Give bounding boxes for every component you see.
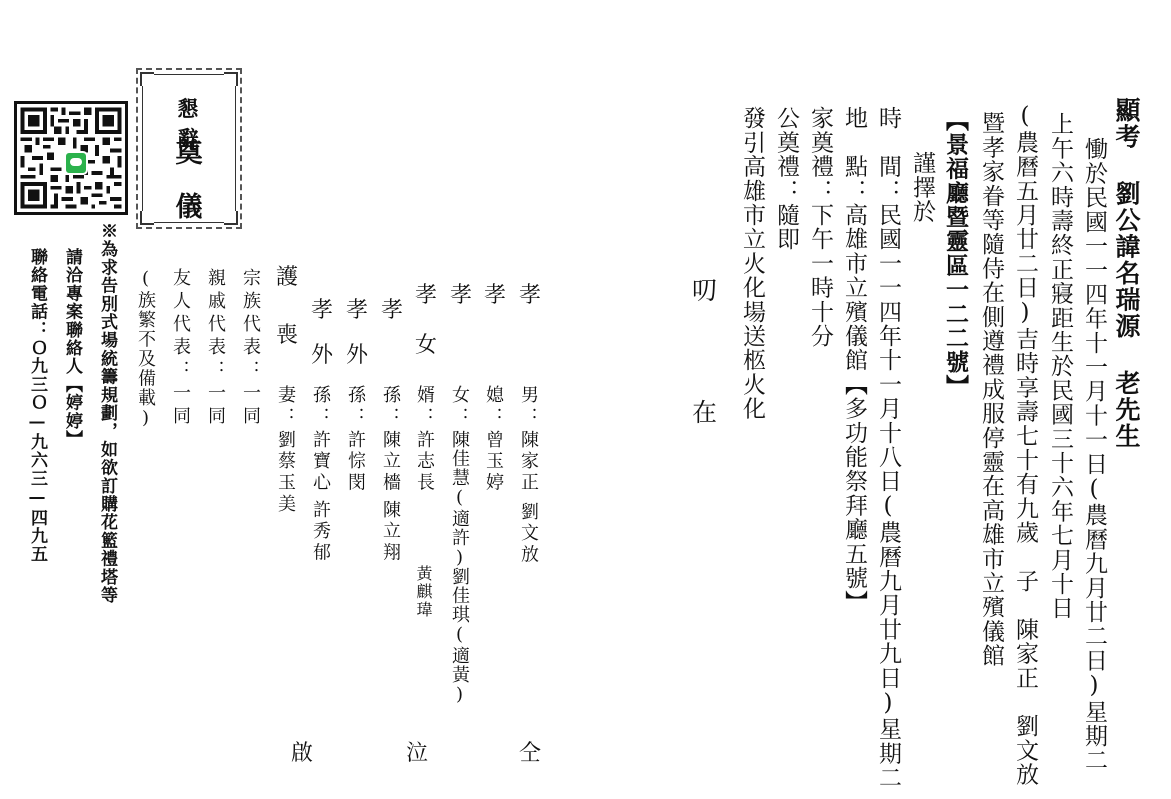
family-role-mid: 女 (415, 335, 437, 357)
family-name: 陳佳慧(適許) (450, 430, 468, 569)
corner-ornament (224, 72, 238, 86)
family-relation: 女 (450, 385, 468, 406)
closing-char-bottom: 在 (692, 400, 717, 425)
family-relation: 妻 (276, 385, 294, 406)
family-colon: ： (484, 407, 502, 428)
family-rite-line: 家奠禮：下午一時十分 (808, 106, 831, 348)
friends-representative: 友人代表：一同 (171, 268, 189, 429)
family-name: 曾玉婷 (484, 430, 502, 494)
contact-person-line: 請洽專案聯絡人【婷婷】 (63, 248, 80, 448)
contact-phone-line: 聯絡電話：Ｏ九三Ｏ—九六三—四九五 (28, 248, 45, 563)
family-relation: 孫 (346, 385, 364, 406)
family-name: 陳立檣 (381, 430, 399, 494)
family-role-top: 孝 (346, 300, 368, 322)
family-name: 許秀郁 (311, 500, 329, 564)
decline-gifts-card: 懇 辭 奠 儀 (136, 68, 242, 229)
ceremony-place-line: 地 點：高雄市立殯儀館【多功能祭拜廳五號】 (842, 106, 865, 614)
family-relation: 媳 (484, 385, 502, 406)
card-char-dian: 奠 (143, 131, 235, 170)
family-colon: ： (276, 407, 294, 428)
family-vigil-line: 暨孝家眷等隨侍在側遵禮成服停靈在高雄市立殯儀館 (979, 111, 1002, 668)
signature-tong: 仝 (519, 743, 541, 765)
line-qr-code[interactable] (14, 101, 128, 215)
not-fully-listed-note: (族繁不及備載) (136, 268, 154, 430)
family-colon: ： (450, 407, 468, 428)
public-rite-line: 公奠禮：隨即 (774, 106, 797, 251)
signature-qi: 泣 (406, 743, 428, 765)
family-name: 劉蔡玉美 (276, 430, 294, 516)
signature-qi-announce: 啟 (291, 743, 313, 765)
family-role-mid: 外 (311, 345, 333, 367)
floral-arrangement-notice: ※為求告別式場統籌規劃，如欲訂購花籃禮塔等 (98, 222, 115, 604)
family-role-mid: 外 (346, 345, 368, 367)
deceased-title: 顯考 劉公諱名瑞源 老先生 (1114, 97, 1139, 450)
ceremony-time-line: 時 間：民國一一四年十一月十八日(農曆九月廿九日)星期二 (876, 106, 899, 790)
family-name: 許悰閔 (346, 430, 364, 494)
birth-lunar-line: (農曆五月廿二日)吉時享壽七十有九歲 子 陳家正 劉文放 (1013, 103, 1036, 787)
card-char-yi: 儀 (143, 185, 235, 224)
family-colon: ： (346, 407, 364, 428)
family-name: 陳立翔 (381, 500, 399, 564)
family-relation: 孫 (381, 385, 399, 406)
family-role-top: 孝 (381, 300, 403, 322)
hall-location-line: 【景福廳暨靈區一二二號】 (944, 108, 967, 398)
family-name: 黃麒瑋 (415, 565, 431, 619)
family-name: 劉文放 (519, 502, 537, 566)
family-relation: 男 (519, 385, 537, 406)
family-colon: ： (519, 407, 537, 428)
family-role-mid: 喪 (276, 325, 298, 347)
family-colon: ： (381, 407, 399, 428)
family-role-top: 孝 (415, 285, 437, 307)
selected-on-line: 謹擇於 (910, 151, 933, 224)
family-role-top: 護 (276, 267, 298, 289)
family-colon: ： (311, 407, 329, 428)
corner-ornament (140, 72, 154, 86)
family-role-top: 孝 (519, 285, 541, 307)
clan-representative: 宗族代表：一同 (241, 268, 259, 429)
passing-time-line: 上午六時壽終正寢距生於民國三十六年七月十日 (1048, 112, 1071, 620)
closing-char-top: 叨 (692, 278, 717, 303)
family-name: 許寶心 (311, 430, 329, 494)
passing-date-line: 慟於民國一一四年十一月十一日(農曆九月廿二日)星期二 (1082, 137, 1105, 772)
family-relation: 孫 (311, 385, 329, 406)
family-name: 陳家正 (519, 430, 537, 494)
family-role-top: 孝 (311, 300, 333, 322)
line-logo-icon (64, 151, 88, 175)
family-role-top: 孝 (484, 285, 506, 307)
family-name: 許志長 (415, 430, 433, 494)
family-role-top: 孝 (450, 285, 472, 307)
family-colon: ： (415, 407, 433, 428)
relatives-representative: 親戚代表：一同 (206, 268, 224, 429)
family-name: 劉佳琪(適黃) (450, 567, 468, 706)
cremation-line: 發引高雄市立火化場送柩火化 (740, 106, 763, 421)
family-relation: 婿 (415, 385, 433, 406)
